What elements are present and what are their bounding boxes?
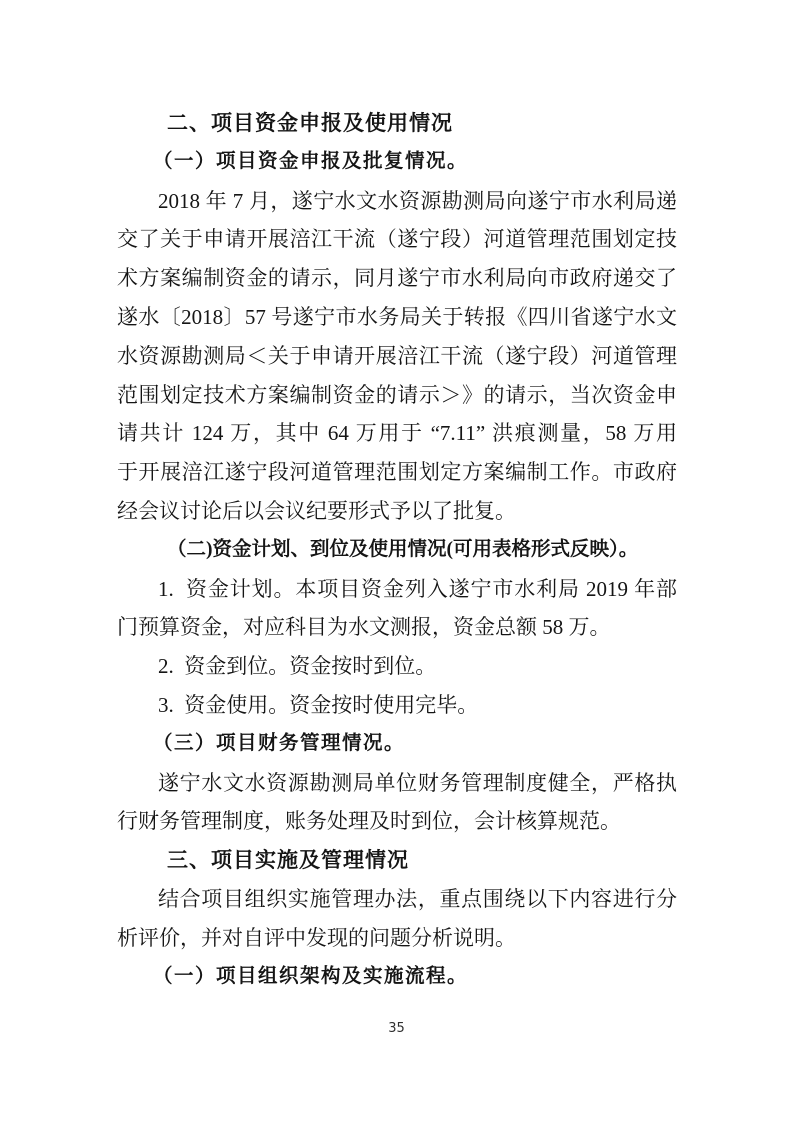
paragraph-line: 水资源勘测局＜关于申请开展涪江干流（遂宁段）河道管理 xyxy=(117,337,677,376)
list-item-funding-plan: 1. 资金计划。本项目资金列入遂宁市水利局 2019 年部 xyxy=(117,570,677,609)
paragraph-line: 于开展涪江遂宁段河道管理范围划定方案编制工作。市政府 xyxy=(117,453,677,492)
paragraph-line: 2018 年 7 月，遂宁水文水资源勘测局向遂宁市水利局递 xyxy=(117,182,677,221)
section-heading-implementation: 三、项目实施及管理情况 xyxy=(117,841,677,880)
paragraph-line: 请共计 124 万，其中 64 万用于 “7.11” 洪痕测量，58 万用 xyxy=(117,414,677,453)
paragraph-line: 经会议讨论后以会议纪要形式予以了批复。 xyxy=(117,492,677,531)
paragraph-line: 交了关于申请开展涪江干流（遂宁段）河道管理范围划定技 xyxy=(117,220,677,259)
document-page: 二、项目资金申报及使用情况 （一）项目资金申报及批复情况。 2018 年 7 月… xyxy=(0,0,793,1122)
paragraph-line: 术方案编制资金的请示，同月遂宁市水利局向市政府递交了 xyxy=(117,259,677,298)
section-heading-funding: 二、项目资金申报及使用情况 xyxy=(117,104,677,143)
subheading-org-structure: （一）项目组织架构及实施流程。 xyxy=(117,958,677,997)
document-body: 二、项目资金申报及使用情况 （一）项目资金申报及批复情况。 2018 年 7 月… xyxy=(117,104,677,996)
paragraph-line: 结合项目组织实施管理办法，重点围绕以下内容进行分 xyxy=(117,880,677,919)
paragraph-line: 遂宁水文水资源勘测局单位财务管理制度健全，严格执 xyxy=(117,764,677,803)
paragraph-line: 析评价，并对自评中发现的问题分析说明。 xyxy=(117,919,677,958)
list-item-funding-usage: 3. 资金使用。资金按时使用完毕。 xyxy=(117,686,677,725)
subheading-financial-management: （三）项目财务管理情况。 xyxy=(117,725,677,764)
subheading-funding-plan: （二)资金计划、到位及使用情况(可用表格形式反映）。 xyxy=(117,531,677,570)
paragraph-line: 范围划定技术方案编制资金的请示＞》的请示，当次资金申 xyxy=(117,376,677,415)
subheading-funding-application: （一）项目资金申报及批复情况。 xyxy=(117,143,677,182)
paragraph-line: 门预算资金，对应科目为水文测报，资金总额 58 万。 xyxy=(117,608,677,647)
paragraph-line: 遂水〔2018〕57 号遂宁市水务局关于转报《四川省遂宁水文 xyxy=(117,298,677,337)
page-number: 35 xyxy=(0,1021,793,1036)
list-item-funding-arrival: 2. 资金到位。资金按时到位。 xyxy=(117,647,677,686)
paragraph-line: 行财务管理制度，账务处理及时到位，会计核算规范。 xyxy=(117,802,677,841)
